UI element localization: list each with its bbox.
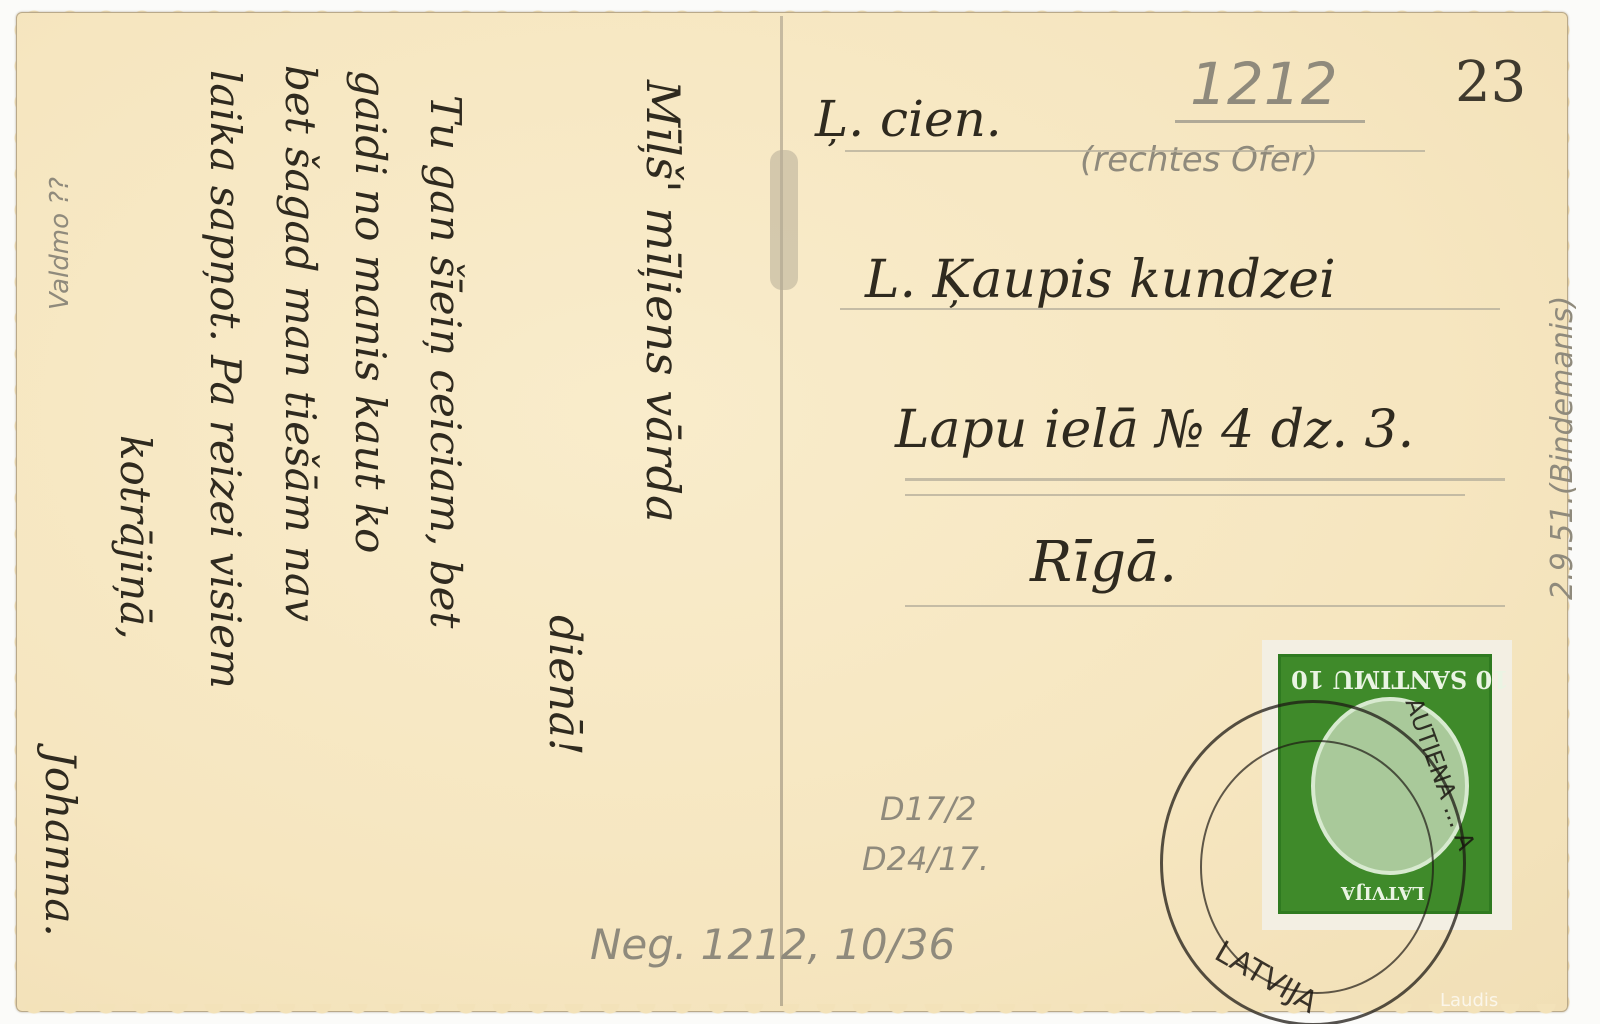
message-line-5: kotrājiņā, xyxy=(111,435,160,640)
address-salutation: Ļ. cien. xyxy=(815,90,1002,148)
message-line-4: laika sapņot. Pa reizei visiem xyxy=(201,70,250,689)
left-margin-note: Valdmo ?? xyxy=(45,177,75,310)
archive-number-underline xyxy=(1175,120,1365,123)
archive-number: 1212 xyxy=(1190,50,1338,118)
address-line-3b xyxy=(905,494,1465,496)
message-signature: Johanna. xyxy=(36,750,85,937)
corner-number: 23 xyxy=(1455,50,1526,115)
address-street: Lapu ielā № 4 dz. 3. xyxy=(895,400,1414,460)
divider-ornament-icon xyxy=(770,150,798,290)
address-recipient: L. Ķaupis kundzei xyxy=(865,250,1336,310)
right-margin-note: 2.9.51.(Bindemanis) xyxy=(1545,296,1580,600)
address-line-1 xyxy=(845,150,1425,152)
address-line-4 xyxy=(905,605,1505,607)
message-line-3: bet šagad man tiešām nav xyxy=(276,65,325,622)
stamp-denomination: 10 SANTIMU 10 xyxy=(1291,665,1509,694)
negative-reference: Neg. 1212, 10/36 xyxy=(590,920,955,969)
code-note-1: D17/2 xyxy=(880,790,977,828)
message-day-line: dienā! xyxy=(539,615,590,756)
message-greeting: Mīļš' mīļiens vārda xyxy=(636,80,690,523)
address-city: Rīgā. xyxy=(1030,530,1177,595)
code-note-2: D24/17. xyxy=(862,840,989,878)
address-line-3 xyxy=(905,478,1505,481)
watermark: Laudis xyxy=(1440,990,1498,1011)
message-line-1: Tu gan šīeiņ ceiciam, bet xyxy=(421,95,470,628)
location-note: (rechtes Ofer) xyxy=(1080,140,1318,180)
address-line-2 xyxy=(840,308,1500,310)
message-line-2: gaidi no manis kaut ko xyxy=(346,70,395,553)
